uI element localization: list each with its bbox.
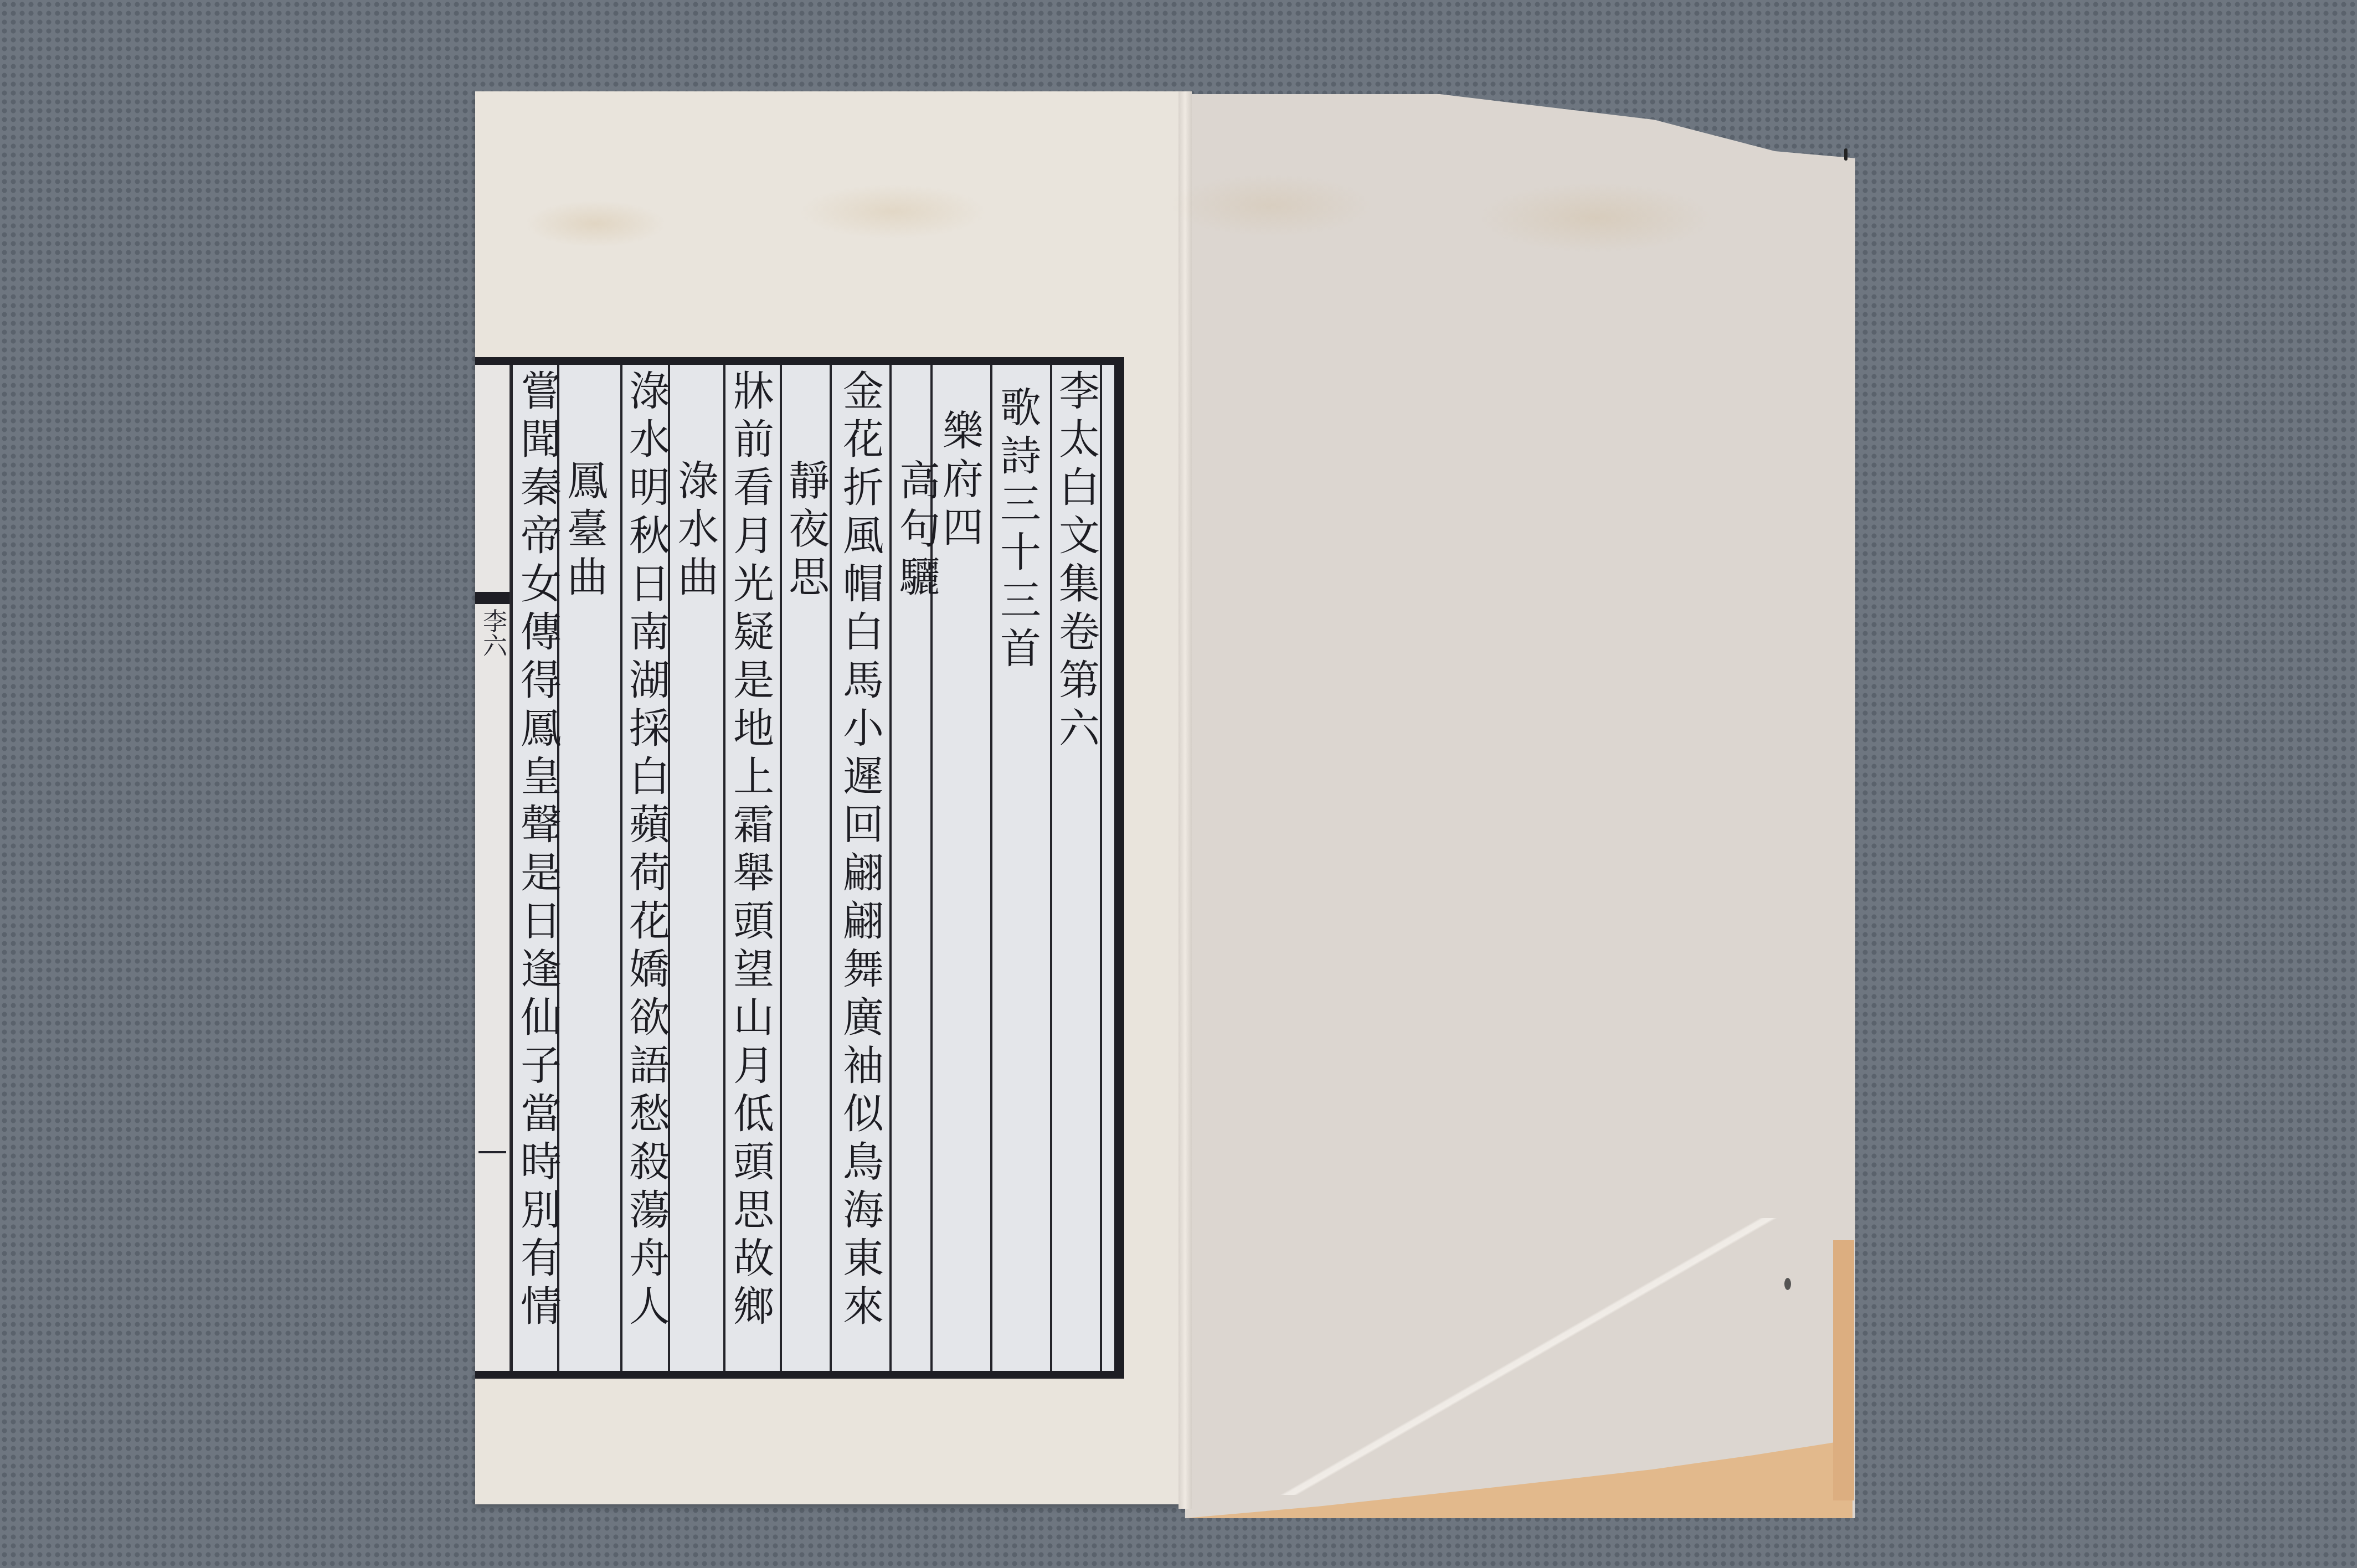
column-rule [1100,365,1111,1371]
poem-title: 靜夜思 [785,459,826,604]
poem-title: 高句驪 [896,459,937,604]
fold-margin: 李六 [475,365,512,1371]
poem-title: 淥水曲 [675,459,716,604]
poem-text: 金花折風帽白馬小遲回翩翩舞廣袖似鳥海東來 [840,369,881,1333]
poem-text: 淥水明秋日南湖採白蘋荷花嬌欲語愁殺蕩舟人 [626,369,667,1333]
volume-title: 李太白文集卷第六 [1056,369,1097,755]
fold-page-number [478,1151,506,1153]
ink-mark [1844,148,1847,161]
fold-fishtail-mark [475,592,510,604]
subsection-heading: 樂府四 [939,409,980,554]
poem-text: 嘗聞秦帝女傳得鳳皇聲是日逢仙子當時別有情 [517,369,558,1333]
fold-title: 李六 [478,608,506,657]
poem-text: 牀前看月光疑是地上霜舉頭望山月低頭思故鄉 [730,369,771,1333]
corner-flap [1833,1240,1854,1500]
paper-crease [1196,1218,1861,1495]
printed-frame: 李六 李太白文集卷第六 歌詩三十三首 樂府四 高句驪 金花折風帽白馬小遲回翩翩舞… [475,357,1124,1379]
poem-title: 鳳臺曲 [564,459,605,604]
book-gutter [1179,91,1192,1509]
section-heading: 歌詩三十三首 [997,386,1038,675]
water-stain [487,138,1839,260]
ink-spot [1784,1278,1791,1290]
